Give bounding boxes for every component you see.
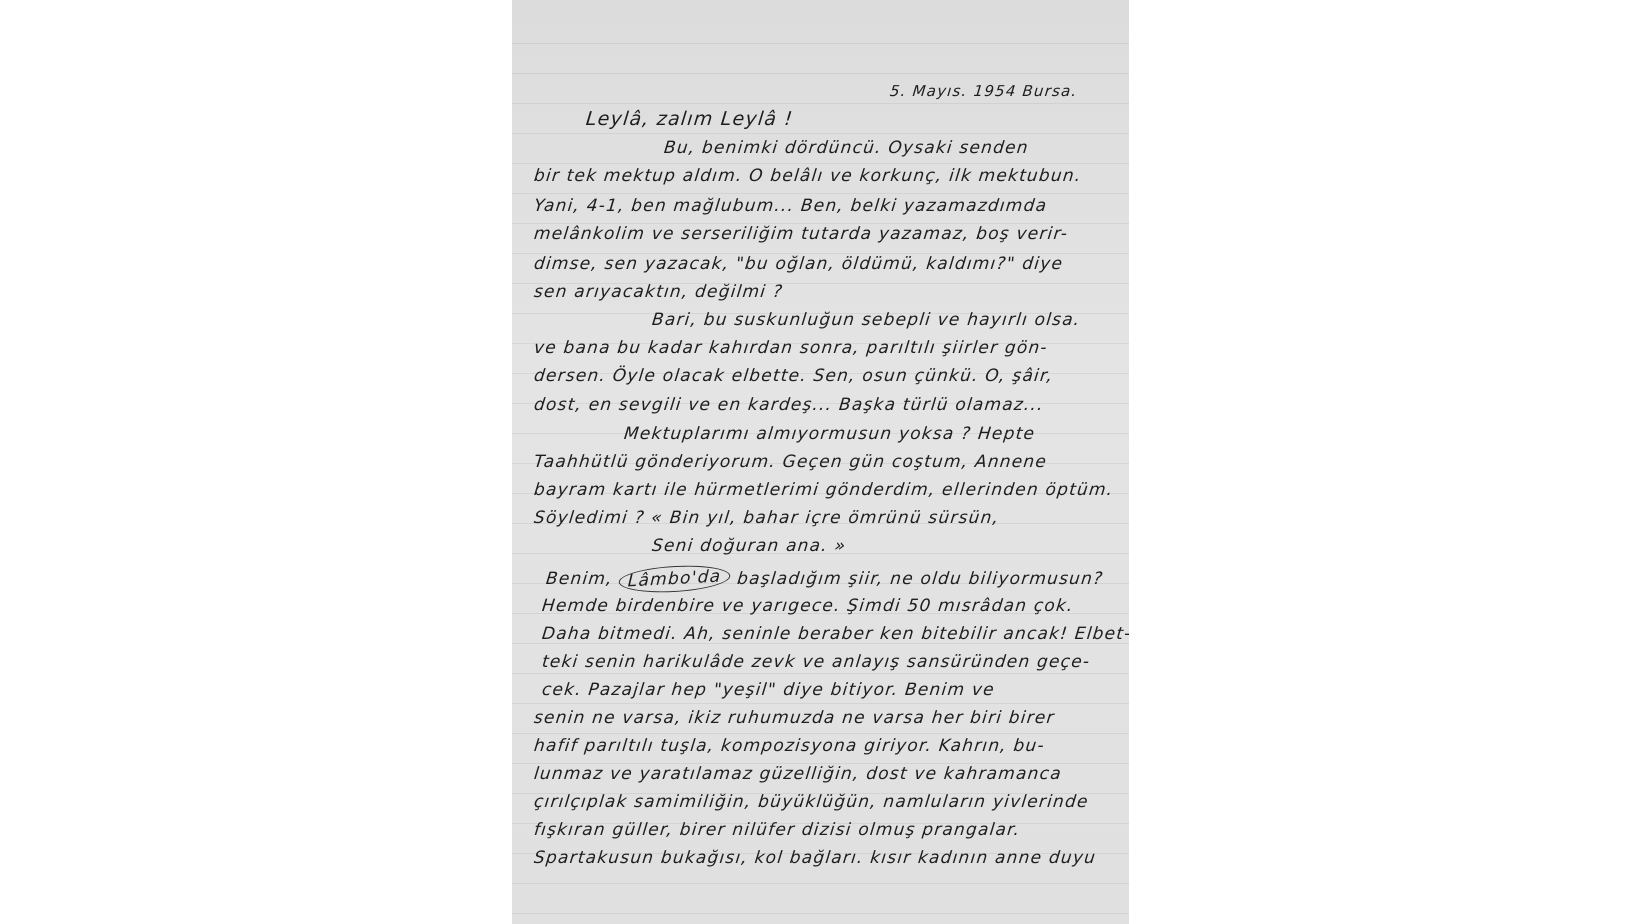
- letter-line: başladığım şiir, ne oldu biliyormusun?: [736, 569, 1104, 589]
- letter-line: Spartakusun bukağısı, kol bağları. kısır…: [533, 848, 1097, 868]
- letter-line: dimse, sen yazacak, "bu oğlan, öldümü, k…: [533, 254, 1064, 274]
- letter-line: Mektuplarımı almıyormusun yoksa ? Hepte: [623, 424, 1036, 444]
- letter-line: Bu, benimki dördüncü. Oysaki senden: [663, 138, 1030, 158]
- letter-line: hafif parıltılı tuşla, kompozisyona giri…: [533, 736, 1046, 756]
- letter-line: Seni doğuran ana. »: [651, 536, 847, 556]
- letter-line: dersen. Öyle olacak elbette. Sen, osun ç…: [533, 366, 1054, 386]
- letter-line: Daha bitmedi. Ah, seninle beraber ken bi…: [541, 624, 1129, 644]
- letter-line: çırılçıplak samimiliğin, büyüklüğün, nam…: [533, 792, 1090, 812]
- letter-line: teki senin harikulâde zevk ve anlayış sa…: [541, 652, 1091, 672]
- handwritten-letter-page: 5. Mayıs. 1954 Bursa. Leylâ, zalım Leylâ…: [512, 0, 1129, 924]
- benim-prefix: Benim,: [545, 569, 614, 589]
- letter-line: Taahhütlü gönderiyorum. Geçen gün coştum…: [533, 452, 1048, 472]
- circled-word-lambo: Lâmbo'da: [618, 563, 731, 595]
- letter-line: bayram kartı ile hürmetlerimi gönderdim,…: [533, 480, 1114, 500]
- letter-date: 5. Mayıs. 1954 Bursa.: [889, 82, 1078, 100]
- letter-line: fışkıran güller, birer nilüfer dizisi ol…: [533, 820, 1022, 840]
- letter-line: ve bana bu kadar kahırdan sonra, parıltı…: [533, 338, 1049, 358]
- letter-line: Söyledimi ? « Bin yıl, bahar içre ömrünü…: [533, 508, 1000, 528]
- letter-line: Bari, bu suskunluğun sebepli ve hayırlı …: [651, 310, 1082, 330]
- letter-salutation: Leylâ, zalım Leylâ !: [585, 108, 795, 130]
- letter-line: cek. Pazajlar hep "yeşil" diye bitiyor. …: [541, 680, 996, 700]
- letter-line: sen arıyacaktın, değilmi ?: [533, 282, 784, 302]
- letter-line: bir tek mektup aldım. O belâlı ve korkun…: [533, 166, 1083, 186]
- letter-line: Hemde birdenbire ve yarıgece. Şimdi 50 m…: [541, 596, 1075, 616]
- letter-line: dost, en sevgili ve en kardeş... Başka t…: [533, 395, 1045, 415]
- viewer: 5. Mayıs. 1954 Bursa. Leylâ, zalım Leylâ…: [0, 0, 1640, 924]
- letter-line: lunmaz ve yaratılamaz güzelliğin, dost v…: [533, 764, 1063, 784]
- letter-line: Yani, 4-1, ben mağlubum... Ben, belki ya…: [533, 196, 1048, 216]
- letter-line: senin ne varsa, ikiz ruhumuzda ne varsa …: [533, 708, 1056, 728]
- letter-line: melânkolim ve serseriliğim tutarda yazam…: [533, 224, 1069, 244]
- letter-line-with-circled-word: Benim, Lâmbo'da başladığım şiir, ne oldu…: [545, 566, 1105, 592]
